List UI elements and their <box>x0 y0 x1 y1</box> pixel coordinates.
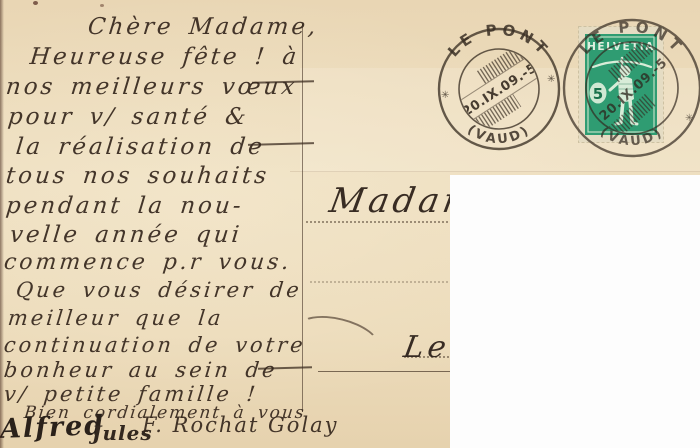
postmark-side-star-icon: ✳ <box>441 90 449 101</box>
message-line: pendant la nou- <box>5 193 245 219</box>
postmark-le-pont: LE PONT (VAUD) ✳ ✳ 20.IX.09.-5 <box>428 18 570 160</box>
message-line: Chère Madame, <box>87 14 320 40</box>
postmark-town-text: LE PONT <box>444 21 553 61</box>
signature-alfred: Alfred <box>0 410 106 445</box>
message-line: tous nos souhaits <box>5 163 271 189</box>
scan-speck <box>33 1 38 5</box>
address-locality-word: Le <box>401 330 453 365</box>
message-line: la réalisation de <box>15 134 267 160</box>
message-line: bonheur au sein de <box>3 358 279 382</box>
postmark-cancel-on-stamp: LE PONT (VAUD) ✳ 20.IX.09.-5 <box>557 13 700 163</box>
message-line: meilleur que la <box>7 306 225 330</box>
scan-speck <box>100 4 104 7</box>
message-line: nos meilleurs vœux <box>5 74 299 100</box>
address-solid-line <box>318 371 452 372</box>
scan-edge-shadow <box>0 0 4 448</box>
message-line: Que vous désirer de <box>15 278 303 302</box>
message-line: velle année qui <box>9 222 244 248</box>
address-dotted-line-1 <box>306 221 452 223</box>
postcard-scan: Chère Madame, Heureuse fête ! à nos meil… <box>0 0 700 448</box>
message-line: Heureuse fête ! à <box>29 44 301 70</box>
postmark-side-star-icon: ✳ <box>547 74 555 85</box>
message-line: pour v/ santé & <box>7 104 250 130</box>
postmark-side-star-icon: ✳ <box>685 113 693 124</box>
message-line: commence p.r vous. <box>3 250 293 275</box>
postmark-region-text: (VAUD) <box>597 125 667 150</box>
address-dotted-line-2 <box>310 281 452 283</box>
signature-rochat-golay: F. Rochat Golay <box>142 413 339 437</box>
scan-crease-line <box>290 171 700 172</box>
message-line: continuation de votre <box>3 333 307 357</box>
blank-cover-overlay <box>450 175 700 448</box>
